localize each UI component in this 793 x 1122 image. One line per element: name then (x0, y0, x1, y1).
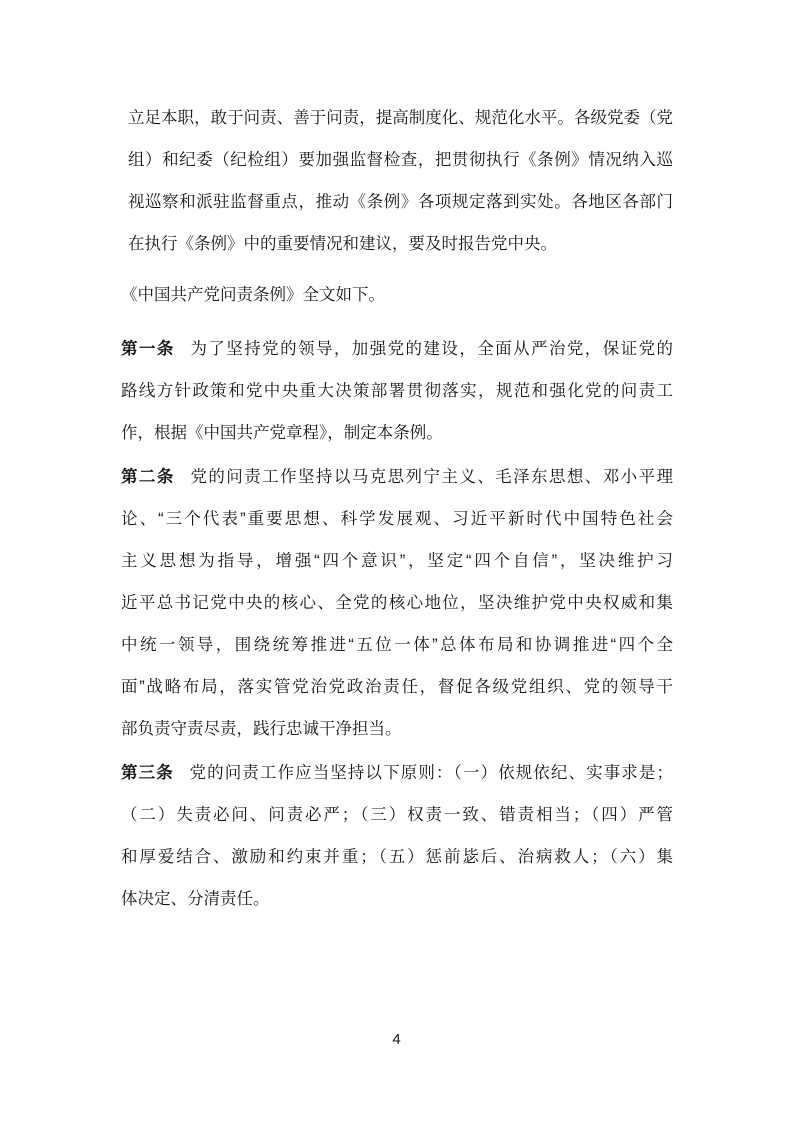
text-line: 作，根据《中国共产党章程》，制定本条例。 (121, 412, 673, 454)
text-line: 第二条党的问责工作坚持以马克思列宁主义、毛泽东思想、邓小平理 (121, 456, 673, 498)
article-number: 第二条 (121, 468, 175, 486)
text-line: 第一条为了坚持党的领导，加强党的建设，全面从严治党，保证党的 (121, 328, 673, 370)
article-text: 党的问责工作坚持以马克思列宁主义、毛泽东思想、邓小平理 (190, 468, 673, 486)
text-line: 在执行《条例》中的重要情况和建议，要及时报告党中央。 (128, 223, 673, 265)
article-number: 第一条 (121, 340, 175, 358)
text-line: 第三条党的问责工作应当坚持以下原则：（一）依规依纪、实事求是； (121, 752, 673, 794)
article-1: 第一条为了坚持党的领导，加强党的建设，全面从严治党，保证党的 路线方针政策和党中… (121, 328, 673, 454)
text-line: 主义思想为指导，增强“四个意识”，坚定“四个自信”，坚决维护习 (121, 540, 673, 582)
text-line: 路线方针政策和党中央重大决策部署贯彻落实，规范和强化党的问责工 (121, 370, 673, 412)
text-line: 《中国共产党问责条例》全文如下。 (121, 274, 673, 316)
text-line: （二）失责必问、问责必严；（三）权责一致、错责相当；（四）严管 (121, 794, 673, 836)
text-line: 组）和纪委（纪检组）要加强监督检查，把贯彻执行《条例》情况纳入巡 (128, 139, 673, 181)
text-line: 立足本职，敢于问责、善于问责，提高制度化、规范化水平。各级党委（党 (128, 97, 673, 139)
article-text: 为了坚持党的领导，加强党的建设，全面从严治党，保证党的 (190, 340, 673, 358)
article-3: 第三条党的问责工作应当坚持以下原则：（一）依规依纪、实事求是； （二）失责必问、… (121, 752, 673, 920)
text-line: 和厚爱结合、激励和约束并重；（五）惩前毖后、治病救人；（六）集 (121, 836, 673, 878)
document-body: 立足本职，敢于问责、善于问责，提高制度化、规范化水平。各级党委（党 组）和纪委（… (121, 97, 673, 922)
text-line: 近平总书记党中央的核心、全党的核心地位，坚决维护党中央权威和集 (121, 582, 673, 624)
paragraph-continuation: 立足本职，敢于问责、善于问责，提高制度化、规范化水平。各级党委（党 组）和纪委（… (121, 97, 673, 265)
text-line: 部负责守责尽责，践行忠诚干净担当。 (121, 708, 673, 750)
article-2: 第二条党的问责工作坚持以马克思列宁主义、毛泽东思想、邓小平理 论、“三个代表”重… (121, 456, 673, 750)
article-text: 党的问责工作应当坚持以下原则：（一）依规依纪、实事求是； (189, 764, 673, 782)
text-line: 体决定、分清责任。 (121, 878, 673, 920)
page-number: 4 (0, 1030, 793, 1050)
article-number: 第三条 (121, 764, 174, 782)
text-line: 面”战略布局，落实管党治党政治责任，督促各级党组织、党的领导干 (121, 666, 673, 708)
paragraph-intro: 《中国共产党问责条例》全文如下。 (121, 274, 673, 316)
text-line: 视巡察和派驻监督重点，推动《条例》各项规定落到实处。各地区各部门 (128, 181, 673, 223)
text-line: 中统一领导，围绕统筹推进“五位一体”总体布局和协调推进“四个全 (121, 624, 673, 666)
document-page: 立足本职，敢于问责、善于问责，提高制度化、规范化水平。各级党委（党 组）和纪委（… (0, 0, 793, 1122)
text-line: 论、“三个代表”重要思想、科学发展观、习近平新时代中国特色社会 (121, 498, 673, 540)
